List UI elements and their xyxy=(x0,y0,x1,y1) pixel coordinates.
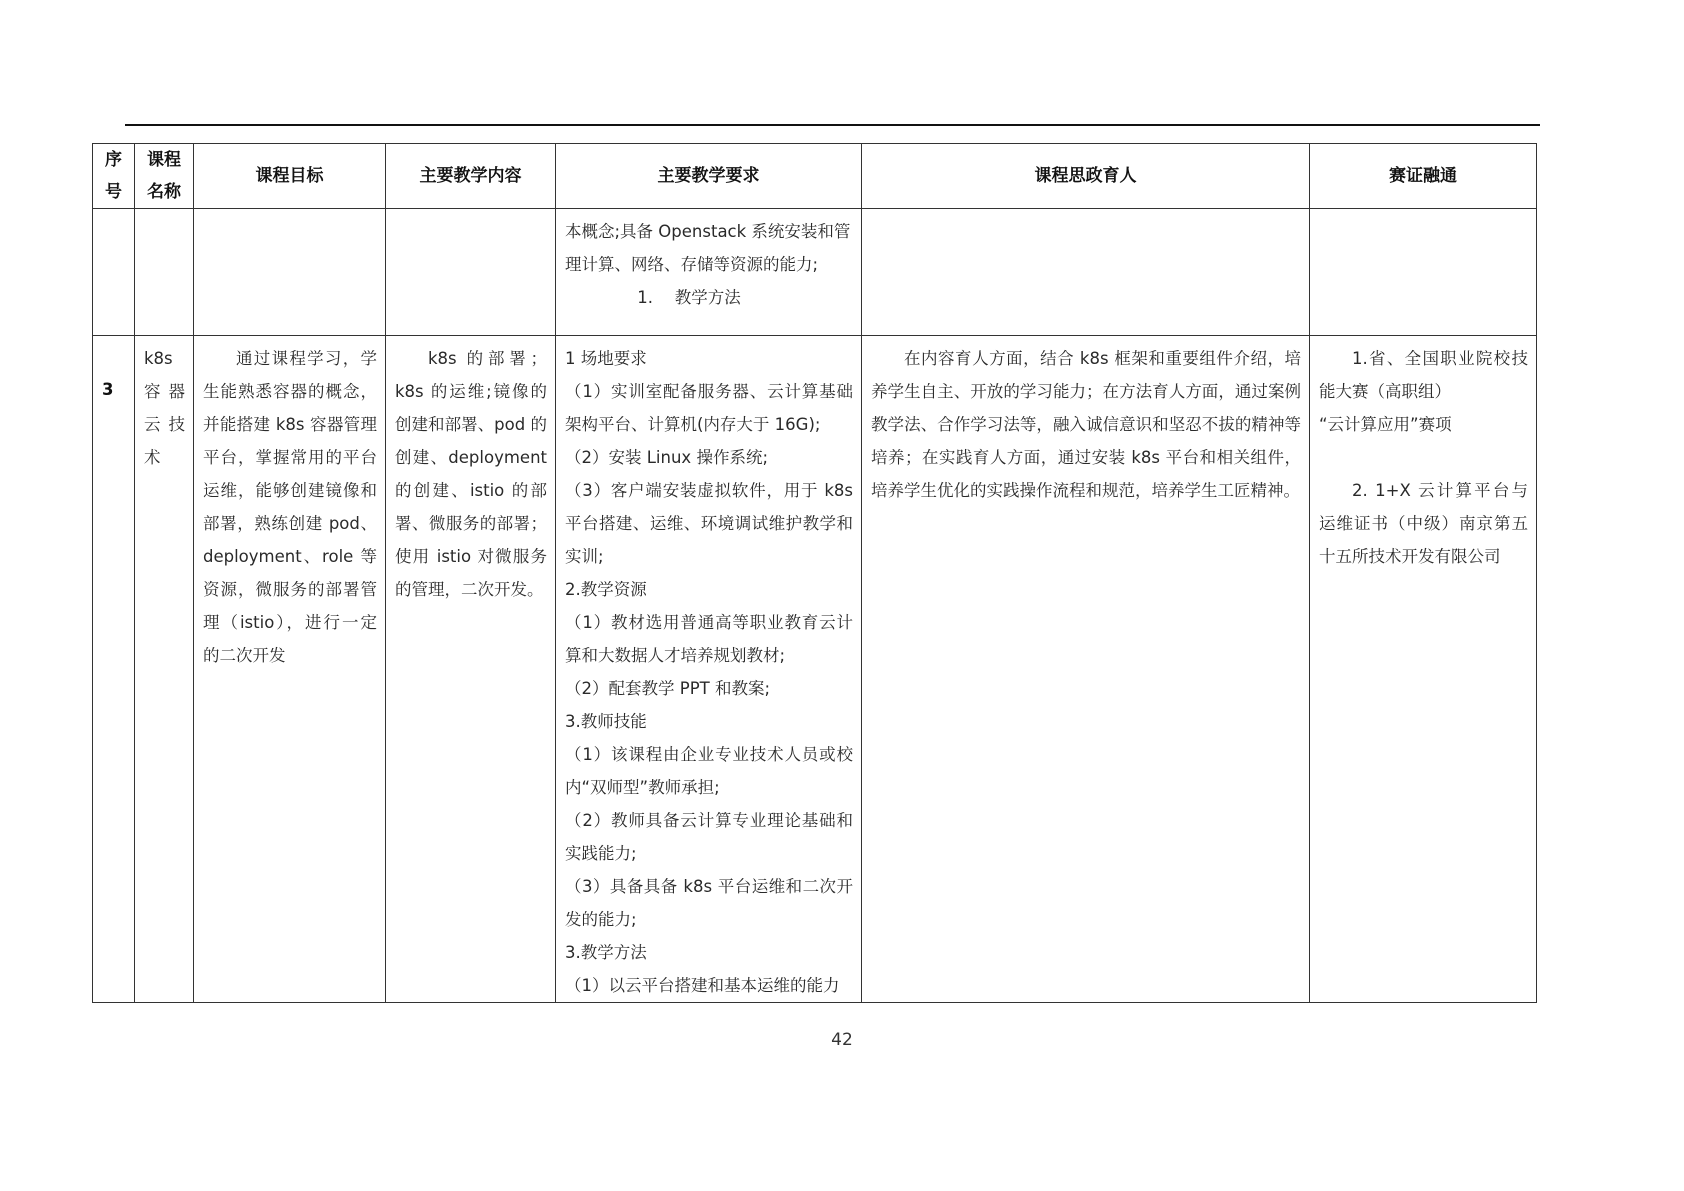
requirement-line: （3）具备具备 k8s 平台运维和二次开发的能力; xyxy=(565,870,853,936)
header-text: 课程 xyxy=(135,144,193,176)
requirement-line: （1）以云平台搭建和基本运维的能力 xyxy=(565,969,853,1002)
header-text: 号 xyxy=(93,176,134,208)
row-number: 3 xyxy=(93,336,134,406)
column-header-course-goal: 课程目标 xyxy=(194,144,386,209)
header-text: 赛证融通 xyxy=(1310,160,1536,192)
header-text: 主要教学内容 xyxy=(386,160,555,192)
cell-seq xyxy=(93,209,135,336)
course-name: k8s 容器云技术 xyxy=(135,336,193,474)
requirement-line: （1）教材选用普通高等职业教育云计算和大数据人才培养规划教材; xyxy=(565,606,853,672)
requirement-line: （2）配套教学 PPT 和教案; xyxy=(565,672,853,705)
requirement-line: （3）客户端安装虚拟软件，用于 k8s 平台搭建、运维、环境调试维护教学和实训; xyxy=(565,474,853,573)
header-text: 序 xyxy=(93,144,134,176)
cell-ideology: 在内容育人方面，结合 k8s 框架和重要组件介绍，培养学生自主、开放的学习能力；… xyxy=(862,336,1310,1003)
table-row-continuation: 本概念;具备 Openstack 系统安装和管 理计算、网络、存储等资源的能力;… xyxy=(93,209,1537,336)
page-number: 42 xyxy=(0,1030,1684,1050)
column-header-ideology: 课程思政育人 xyxy=(862,144,1310,209)
requirement-line: （2）安装 Linux 操作系统; xyxy=(565,441,853,474)
requirement-line: 1. 教学方法 xyxy=(565,281,853,314)
cell-ideology xyxy=(862,209,1310,336)
header-text: 名称 xyxy=(135,176,193,208)
header-text: 课程目标 xyxy=(194,160,385,192)
header-rule xyxy=(125,124,1540,126)
cell-text xyxy=(862,209,1309,215)
cell-text xyxy=(194,209,385,215)
column-header-main-requirements: 主要教学要求 xyxy=(556,144,862,209)
requirement-heading: 1 场地要求 xyxy=(565,342,853,375)
ideology-text: 在内容育人方面，结合 k8s 框架和重要组件介绍，培养学生自主、开放的学习能力；… xyxy=(862,336,1309,507)
cell-requirements: 本概念;具备 Openstack 系统安装和管 理计算、网络、存储等资源的能力;… xyxy=(556,209,862,336)
requirement-heading: 3.教师技能 xyxy=(565,705,853,738)
course-table: 序 号 课程 名称 课程目标 主要教学内容 主要教学要求 课程思政育人 赛证融通 xyxy=(92,143,1537,1003)
table-row: 3 k8s 容器云技术 通过课程学习，学生能熟悉容器的概念，并能搭建 k8s 容… xyxy=(93,336,1537,1003)
requirement-line: （2）教师具备云计算专业理论基础和实践能力; xyxy=(565,804,853,870)
cell-goal: 通过课程学习，学生能熟悉容器的概念，并能搭建 k8s 容器管理平台，掌握常用的平… xyxy=(194,336,386,1003)
cell-text xyxy=(93,209,134,215)
requirement-heading: 2.教学资源 xyxy=(565,573,853,606)
cell-name xyxy=(135,209,194,336)
requirements-list: 1 场地要求 （1）实训室配备服务器、云计算基础架构平台、计算机(内存大于 16… xyxy=(556,336,861,1002)
requirement-line: 本概念;具备 Openstack 系统安装和管 xyxy=(565,215,853,248)
table-header-row: 序 号 课程 名称 课程目标 主要教学内容 主要教学要求 课程思政育人 赛证融通 xyxy=(93,144,1537,209)
cell-certification xyxy=(1310,209,1537,336)
course-content: k8s 的部署；k8s 的运维;镜像的创建和部署、pod 的创建、deploym… xyxy=(386,336,555,606)
column-header-seq: 序 号 xyxy=(93,144,135,209)
certification-item: 1.省、全国职业院校技能大赛（高职组） xyxy=(1319,342,1528,408)
cell-name: k8s 容器云技术 xyxy=(135,336,194,1003)
requirement-line: （1）该课程由企业专业技术人员或校内“双师型”教师承担; xyxy=(565,738,853,804)
cell-seq: 3 xyxy=(93,336,135,1003)
column-header-certification: 赛证融通 xyxy=(1310,144,1537,209)
header-text: 课程思政育人 xyxy=(862,160,1309,192)
spacer xyxy=(1319,441,1528,474)
cell-text xyxy=(386,209,555,215)
certification-list: 1.省、全国职业院校技能大赛（高职组） “云计算应用”赛项 2. 1+X 云计算… xyxy=(1310,336,1536,573)
column-header-main-content: 主要教学内容 xyxy=(386,144,556,209)
column-header-course-name: 课程 名称 xyxy=(135,144,194,209)
cell-text xyxy=(1310,209,1536,215)
requirement-heading: 3.教学方法 xyxy=(565,936,853,969)
cell-content: k8s 的部署；k8s 的运维;镜像的创建和部署、pod 的创建、deploym… xyxy=(386,336,556,1003)
cell-requirements: 1 场地要求 （1）实训室配备服务器、云计算基础架构平台、计算机(内存大于 16… xyxy=(556,336,862,1003)
cell-text xyxy=(135,209,193,215)
requirements-text: 本概念;具备 Openstack 系统安装和管 理计算、网络、存储等资源的能力;… xyxy=(556,209,861,314)
header-text: 主要教学要求 xyxy=(556,160,861,192)
certification-item: 2. 1+X 云计算平台与运维证书（中级）南京第五十五所技术开发有限公司 xyxy=(1319,474,1528,573)
requirement-line: （1）实训室配备服务器、云计算基础架构平台、计算机(内存大于 16G); xyxy=(565,375,853,441)
cell-certification: 1.省、全国职业院校技能大赛（高职组） “云计算应用”赛项 2. 1+X 云计算… xyxy=(1310,336,1537,1003)
course-goal: 通过课程学习，学生能熟悉容器的概念，并能搭建 k8s 容器管理平台，掌握常用的平… xyxy=(194,336,385,672)
cell-goal xyxy=(194,209,386,336)
certification-item-detail: “云计算应用”赛项 xyxy=(1319,408,1528,441)
requirement-line: 理计算、网络、存储等资源的能力; xyxy=(565,248,853,281)
cell-content xyxy=(386,209,556,336)
